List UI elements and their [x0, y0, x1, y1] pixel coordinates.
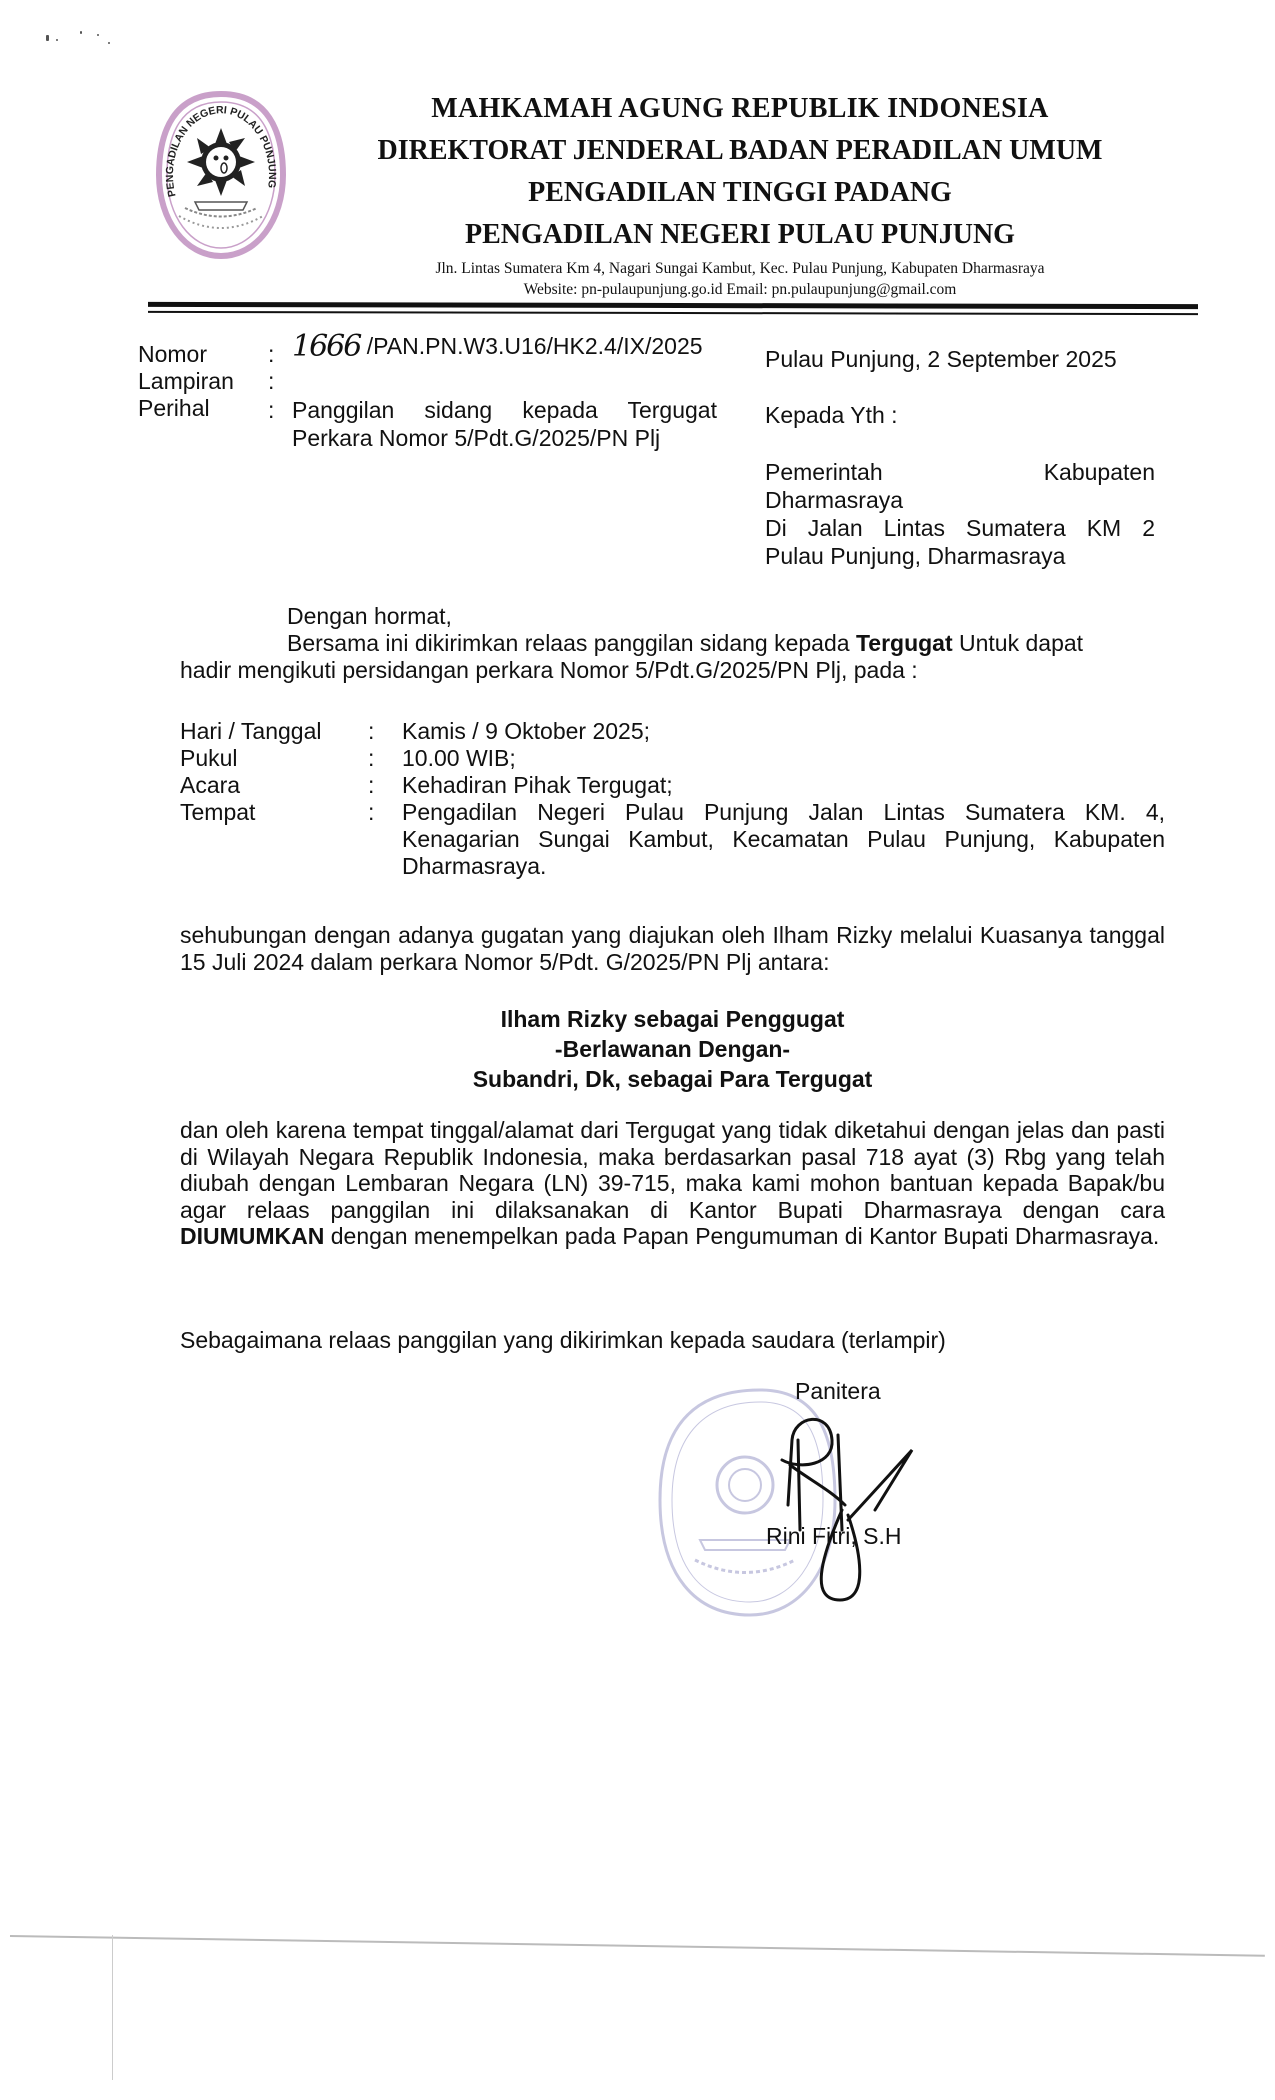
intro-line-2: hadir mengikuti persidangan perkara Nomo…: [180, 657, 918, 684]
request-text: dan oleh karena tempat tinggal/alamat da…: [180, 1117, 1165, 1223]
request-text-post: dengan menempelkan pada Papan Pengumuman…: [324, 1223, 1159, 1249]
lampiran-label: Lampiran: [138, 367, 234, 395]
recipient-line-4: Pulau Punjung, Dharmasraya: [765, 542, 1155, 570]
schedule-value: Kamis / 9 Oktober 2025;: [402, 718, 1165, 745]
scan-speck: [46, 35, 49, 41]
letterhead-line-directorate: DIREKTORAT JENDERAL BADAN PERADILAN UMUM: [300, 135, 1180, 167]
schedule-value: 10.00 WIB;: [402, 745, 1165, 772]
schedule-value: Kehadiran Pihak Tergugat;: [402, 772, 1165, 799]
letterhead-line-district-court: PENGADILAN NEGERI PULAU PUNJUNG: [300, 219, 1180, 251]
nomor-suffix: /PAN.PN.W3.U16/HK2.4/IX/2025: [367, 333, 703, 359]
recipient-line-1: Pemerintah Kabupaten: [765, 458, 1155, 486]
greeting: Dengan hormat,: [287, 603, 452, 630]
schedule-value: Pengadilan Negeri Pulau Punjung Jalan Li…: [402, 799, 1165, 880]
schedule-colon: :: [368, 799, 374, 826]
letterhead-address: Jln. Lintas Sumatera Km 4, Nagari Sungai…: [300, 260, 1180, 278]
recipient-line-2: Dharmasraya: [765, 486, 1155, 514]
nomor-colon: :: [268, 340, 274, 368]
recipient-line-3: Di Jalan Lintas Sumatera KM 2: [765, 514, 1155, 542]
court-logo: PENGADILAN NEGERI PULAU PUNJUNG: [155, 90, 287, 260]
intro-text-post: Untuk dapat: [953, 630, 1083, 656]
schedule-label: Tempat: [180, 799, 255, 826]
schedule-colon: :: [368, 772, 374, 799]
scan-speck: [97, 34, 99, 36]
schedule-label: Acara: [180, 772, 240, 799]
closing-line: Sebagaimana relaas panggilan yang dikiri…: [180, 1327, 946, 1354]
intro-paragraph: Bersama ini dikirimkan relaas panggilan …: [180, 630, 1165, 657]
nomor-handwritten: 1666: [292, 329, 360, 364]
recipient-line-1a: Pemerintah: [765, 458, 883, 486]
signature-icon: [770, 1410, 950, 1610]
perihal-line-2: Perkara Nomor 5/Pdt.G/2025/PN Plj: [292, 424, 717, 452]
handwritten-signature: [770, 1410, 950, 1610]
letterhead-rule-thick: [148, 302, 1198, 309]
intro-text: Bersama ini dikirimkan relaas panggilan …: [287, 630, 856, 656]
dateline: Pulau Punjung, 2 September 2025: [765, 345, 1155, 373]
perihal-colon: :: [268, 396, 274, 424]
schedule-label: Pukul: [180, 745, 238, 772]
versus: -Berlawanan Dengan-: [180, 1034, 1165, 1064]
court-emblem-icon: PENGADILAN NEGERI PULAU PUNJUNG: [155, 90, 287, 260]
perihal-value: Panggilan sidang kepada Tergugat Perkara…: [292, 396, 717, 452]
schedule-colon: :: [368, 718, 374, 745]
perihal-line-1: Panggilan sidang kepada Tergugat: [292, 396, 717, 424]
nomor-label: Nomor: [138, 340, 207, 368]
letterhead-contact: Website: pn-pulaupunjung.go.id Email: pn…: [300, 281, 1180, 299]
plaintiff: Ilham Rizky sebagai Penggugat: [180, 1004, 1165, 1034]
recipient-salutation: Kepada Yth :: [765, 401, 1155, 429]
lampiran-colon: :: [268, 367, 274, 395]
scan-speck: [108, 42, 110, 44]
request-paragraph: dan oleh karena tempat tinggal/alamat da…: [180, 1117, 1165, 1250]
parties-block: Ilham Rizky sebagai Penggugat -Berlawana…: [180, 1004, 1165, 1094]
schedule-label: Hari / Tanggal: [180, 718, 322, 745]
signatory-title: Panitera: [795, 1378, 881, 1405]
request-bold: DIUMUMKAN: [180, 1223, 324, 1249]
relation-paragraph: sehubungan dengan adanya gugatan yang di…: [180, 922, 1165, 976]
defendant: Subandri, Dk, sebagai Para Tergugat: [180, 1064, 1165, 1094]
scan-speck: [56, 39, 58, 41]
scan-edge-vline: [112, 1935, 113, 2080]
schedule-colon: :: [368, 745, 374, 772]
intro-bold: Tergugat: [856, 630, 953, 656]
perihal-label: Perihal: [138, 394, 210, 422]
recipient-address: Pemerintah Kabupaten Dharmasraya Di Jala…: [765, 458, 1155, 570]
scan-edge-line: [10, 1935, 1265, 1957]
nomor-value: 1666 /PAN.PN.W3.U16/HK2.4/IX/2025: [292, 333, 703, 362]
recipient-line-1b: Kabupaten: [1044, 458, 1155, 486]
scan-speck: [80, 31, 82, 34]
letterhead-line-supreme-court: MAHKAMAH AGUNG REPUBLIK INDONESIA: [300, 93, 1180, 125]
letterhead-rule-thin: [148, 311, 1198, 315]
letterhead-line-high-court: PENGADILAN TINGGI PADANG: [300, 177, 1180, 209]
